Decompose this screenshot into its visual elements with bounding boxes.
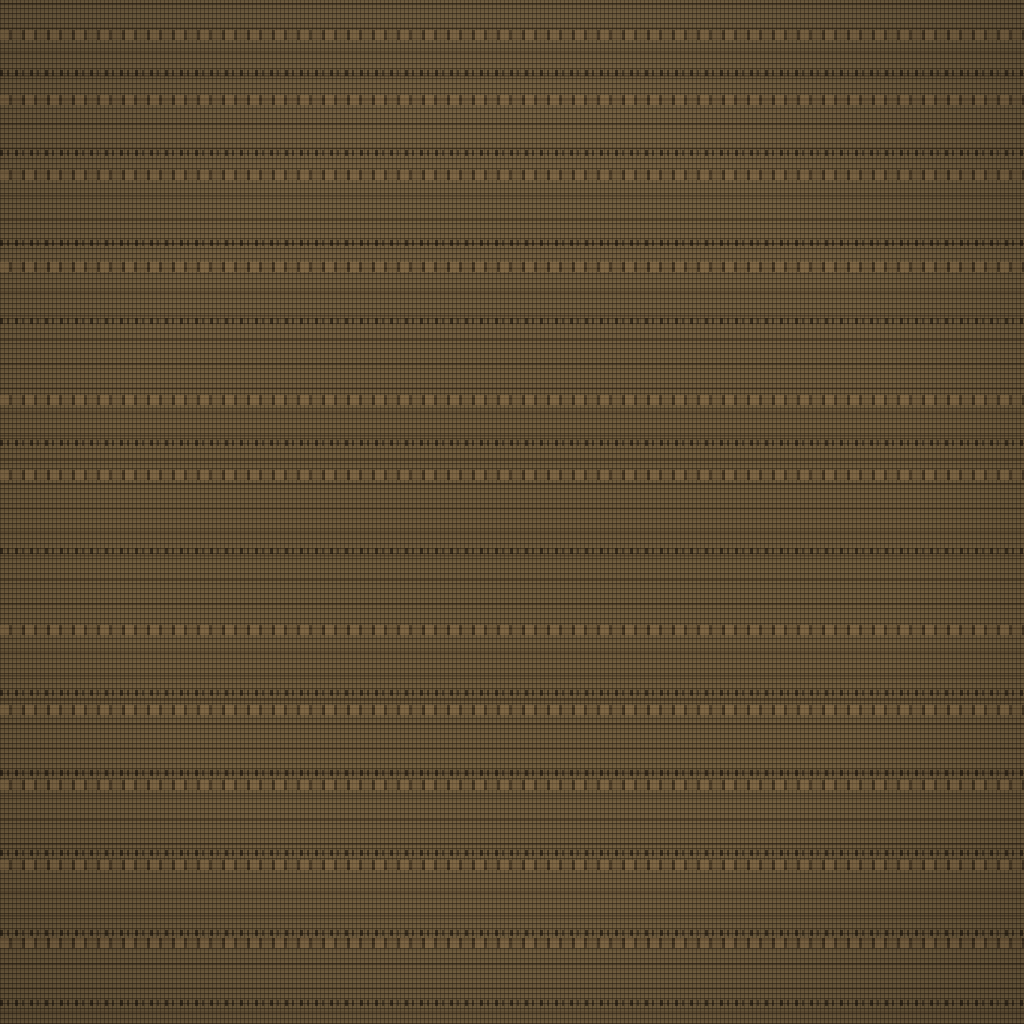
vignette-overlay — [0, 0, 1024, 1024]
fabric-texture — [0, 0, 1024, 1024]
